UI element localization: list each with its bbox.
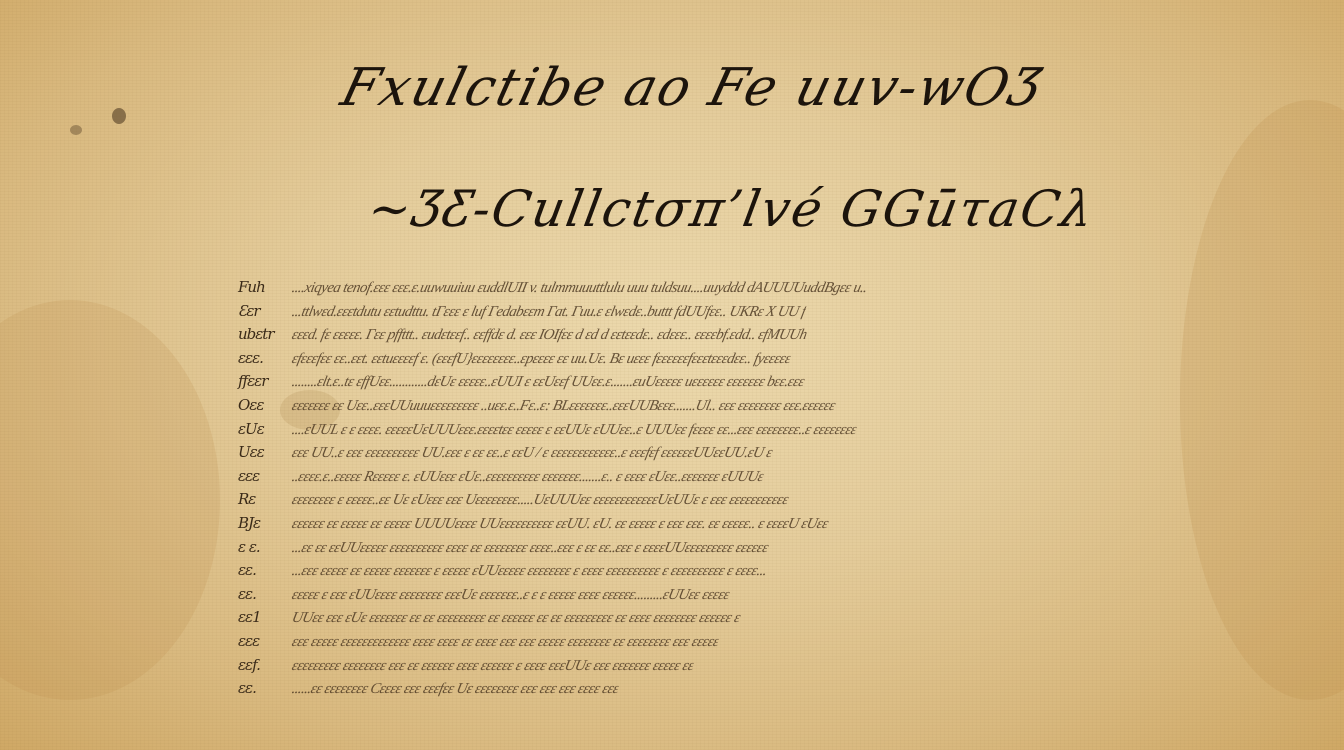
manuscript-line: ɛɛ1UUɛɛ ɛɛɛ ɛUɛ ɛɛɛɛɛɛɛ ɛɛ ɛɛ ɛɛɛɛɛɛɛɛɛ …: [238, 608, 1198, 632]
manuscript-line: ɛɛ.......ɛɛ ɛɛɛɛɛɛɛɛ Cɛɛɛɛ ɛɛɛ ɛɛɛfɛɛ Uɛ…: [238, 679, 1198, 703]
line-text: ɛɛɛd. fɛ ɛɛɛɛɛ. Γɛɛ pffttt.. ɛudɛtɛɛf.. …: [290, 327, 808, 344]
margin-label: ɛɛ1: [238, 608, 292, 626]
line-text: ....xiqyea tenof.ɛɛɛ ɛɛɛ.ɛ.uuwuuiuu ɛudd…: [290, 280, 868, 297]
margin-label: ɛɛ.: [238, 679, 292, 697]
manuscript-line: ɛUɛ....ɛUUL ɛ ɛ ɛɛɛɛ. ɛɛɛɛɛUɛUUUɛɛɛ.ɛɛɛɛ…: [238, 420, 1198, 444]
manuscript-line: Uɛɛɛɛɛ UU..ɛ ɛɛɛ ɛɛɛɛɛɛɛɛɛɛ UU.ɛɛɛ ɛ ɛɛ …: [238, 443, 1198, 467]
manuscript-line: Oɛɛɛɛɛɛɛɛɛ ɛɛ Uɛɛ..ɛɛɛUUuuuɛɛɛɛɛɛɛɛɛ ..u…: [238, 396, 1198, 420]
document-subtitle: ~ƷƸ-Cullctσπ’lvé GGūτaCλ: [55, 180, 1344, 238]
line-text: ....ɛUUL ɛ ɛ ɛɛɛɛ. ɛɛɛɛɛUɛUUUɛɛɛ.ɛɛɛɛtɛɛ…: [290, 422, 858, 439]
manuscript-line: ɛɛ....ɛɛɛ ɛɛɛɛɛ ɛɛ ɛɛɛɛɛ ɛɛɛɛɛɛɛ ɛ ɛɛɛɛɛ…: [238, 561, 1198, 585]
manuscript-line: ɛɛɛ..ɛɛɛɛ.ɛ..ɛɛɛɛɛ Rɛɛɛɛɛ ɛ. ɛUUɛɛɛ ɛUɛ.…: [238, 467, 1198, 491]
line-text: ...ɛɛ ɛɛ ɛɛUUɛɛɛɛɛ ɛɛɛɛɛɛɛɛɛɛ ɛɛɛɛ ɛɛ ɛɛ…: [290, 540, 769, 557]
manuscript-line: BJɛɛɛɛɛɛɛ ɛɛ ɛɛɛɛɛ ɛɛ ɛɛɛɛɛ UUUUɛɛɛɛ UUɛ…: [238, 514, 1198, 538]
document-title: Fxulctibe ao Fe uuv-wOƷ: [13, 58, 1344, 118]
manuscript-line: ubɛtrɛɛɛd. fɛ ɛɛɛɛɛ. Γɛɛ pffttt.. ɛudɛtɛ…: [238, 325, 1198, 349]
margin-label: ɛɛɛ: [238, 467, 292, 485]
paper-stain: [0, 300, 220, 700]
margin-label: ɛUɛ: [238, 420, 292, 438]
margin-label: Rɛ: [238, 490, 292, 508]
margin-label: ɛɛ.: [238, 561, 292, 579]
line-text: ...ɛɛɛ ɛɛɛɛɛ ɛɛ ɛɛɛɛɛ ɛɛɛɛɛɛɛ ɛ ɛɛɛɛɛ ɛU…: [290, 563, 768, 580]
margin-label: ffɛɛr: [238, 372, 292, 390]
line-text: ɛɛɛɛɛɛɛɛɛ ɛɛɛɛɛɛɛɛ ɛɛɛ ɛɛ ɛɛɛɛɛɛ ɛɛɛɛ ɛɛ…: [290, 658, 695, 675]
line-text: ɛɛɛ ɛɛɛɛɛ ɛɛɛɛɛɛɛɛɛɛɛɛɛ ɛɛɛɛ ɛɛɛɛ ɛɛ ɛɛɛ…: [290, 634, 720, 651]
line-text: ɛɛɛɛɛɛ ɛɛ ɛɛɛɛɛ ɛɛ ɛɛɛɛɛ UUUUɛɛɛɛ UUɛɛɛɛ…: [290, 516, 829, 533]
line-text: ɛɛɛ UU..ɛ ɛɛɛ ɛɛɛɛɛɛɛɛɛɛ UU.ɛɛɛ ɛ ɛɛ ɛɛ.…: [290, 445, 773, 462]
margin-label: Oɛɛ: [238, 396, 292, 414]
manuscript-line: Ɛɛr...ttlwɛd.ɛɛɛtdutu ɛɛtudttu. tΓɛɛɛ ɛ …: [238, 302, 1198, 326]
manuscript-line: Fuh....xiqyea tenof.ɛɛɛ ɛɛɛ.ɛ.uuwuuiuu ɛ…: [238, 278, 1198, 302]
line-text: ɛɛɛɛɛ ɛ ɛɛɛ ɛUUɛɛɛɛ ɛɛɛɛɛɛɛɛ ɛɛɛUɛ ɛɛɛɛɛ…: [290, 587, 731, 604]
margin-label: Ɛɛr: [238, 302, 292, 320]
paper-stain: [70, 125, 82, 135]
manuscript-line: ɛ ɛ....ɛɛ ɛɛ ɛɛUUɛɛɛɛɛ ɛɛɛɛɛɛɛɛɛɛ ɛɛɛɛ ɛ…: [238, 538, 1198, 562]
manuscript-line: ffɛɛr........ɛlt.ɛ..tɛ ɛffUɛɛ...........…: [238, 372, 1198, 396]
margin-label: Fuh: [238, 278, 292, 296]
margin-label: ɛɛɛ.: [238, 349, 292, 367]
line-text: ...ttlwɛd.ɛɛɛtdutu ɛɛtudttu. tΓɛɛɛ ɛ luf…: [290, 304, 807, 321]
margin-label: ɛɛf.: [238, 656, 292, 674]
line-text: ........ɛlt.ɛ..tɛ ɛffUɛɛ............dɛUɛ…: [290, 374, 805, 391]
margin-label: ubɛtr: [238, 325, 292, 343]
manuscript-line: ɛɛ.ɛɛɛɛɛ ɛ ɛɛɛ ɛUUɛɛɛɛ ɛɛɛɛɛɛɛɛ ɛɛɛUɛ ɛɛ…: [238, 585, 1198, 609]
manuscript-line: Rɛɛɛɛɛɛɛɛɛ ɛ ɛɛɛɛɛ..ɛɛ Uɛ ɛUɛɛɛ ɛɛɛ Uɛɛɛ…: [238, 490, 1198, 514]
manuscript-line: ɛɛɛ.ɛfɛɛɛfɛɛ ɛɛ..ɛɛt. ɛɛtuɛɛɛɛf ɛ. (ɛɛɛf…: [238, 349, 1198, 373]
manuscript-line: ɛɛɛɛɛɛ ɛɛɛɛɛ ɛɛɛɛɛɛɛɛɛɛɛɛɛ ɛɛɛɛ ɛɛɛɛ ɛɛ …: [238, 632, 1198, 656]
margin-label: ɛ ɛ.: [238, 538, 292, 556]
line-text: ..ɛɛɛɛ.ɛ..ɛɛɛɛɛ Rɛɛɛɛɛ ɛ. ɛUUɛɛɛ ɛUɛ..ɛɛ…: [290, 469, 765, 486]
line-text: ......ɛɛ ɛɛɛɛɛɛɛɛ Cɛɛɛɛ ɛɛɛ ɛɛɛfɛɛ Uɛ ɛɛ…: [290, 681, 620, 698]
margin-label: BJɛ: [238, 514, 292, 532]
line-text: ɛɛɛɛɛɛɛɛ ɛ ɛɛɛɛɛ..ɛɛ Uɛ ɛUɛɛɛ ɛɛɛ Uɛɛɛɛɛ…: [290, 492, 789, 509]
margin-label: ɛɛɛ: [238, 632, 292, 650]
line-text: ɛfɛɛɛfɛɛ ɛɛ..ɛɛt. ɛɛtuɛɛɛɛf ɛ. (ɛɛɛfU}ɛɛ…: [290, 351, 792, 368]
line-text: UUɛɛ ɛɛɛ ɛUɛ ɛɛɛɛɛɛɛ ɛɛ ɛɛ ɛɛɛɛɛɛɛɛɛ ɛɛ …: [290, 610, 741, 627]
manuscript-line: ɛɛf.ɛɛɛɛɛɛɛɛɛ ɛɛɛɛɛɛɛɛ ɛɛɛ ɛɛ ɛɛɛɛɛɛ ɛɛɛ…: [238, 656, 1198, 680]
margin-label: ɛɛ.: [238, 585, 292, 603]
manuscript-body: Fuh....xiqyea tenof.ɛɛɛ ɛɛɛ.ɛ.uuwuuiuu ɛ…: [238, 278, 1198, 703]
line-text: ɛɛɛɛɛɛɛ ɛɛ Uɛɛ..ɛɛɛUUuuuɛɛɛɛɛɛɛɛɛ ..uɛɛ.…: [290, 398, 836, 415]
margin-label: Uɛɛ: [238, 443, 292, 461]
